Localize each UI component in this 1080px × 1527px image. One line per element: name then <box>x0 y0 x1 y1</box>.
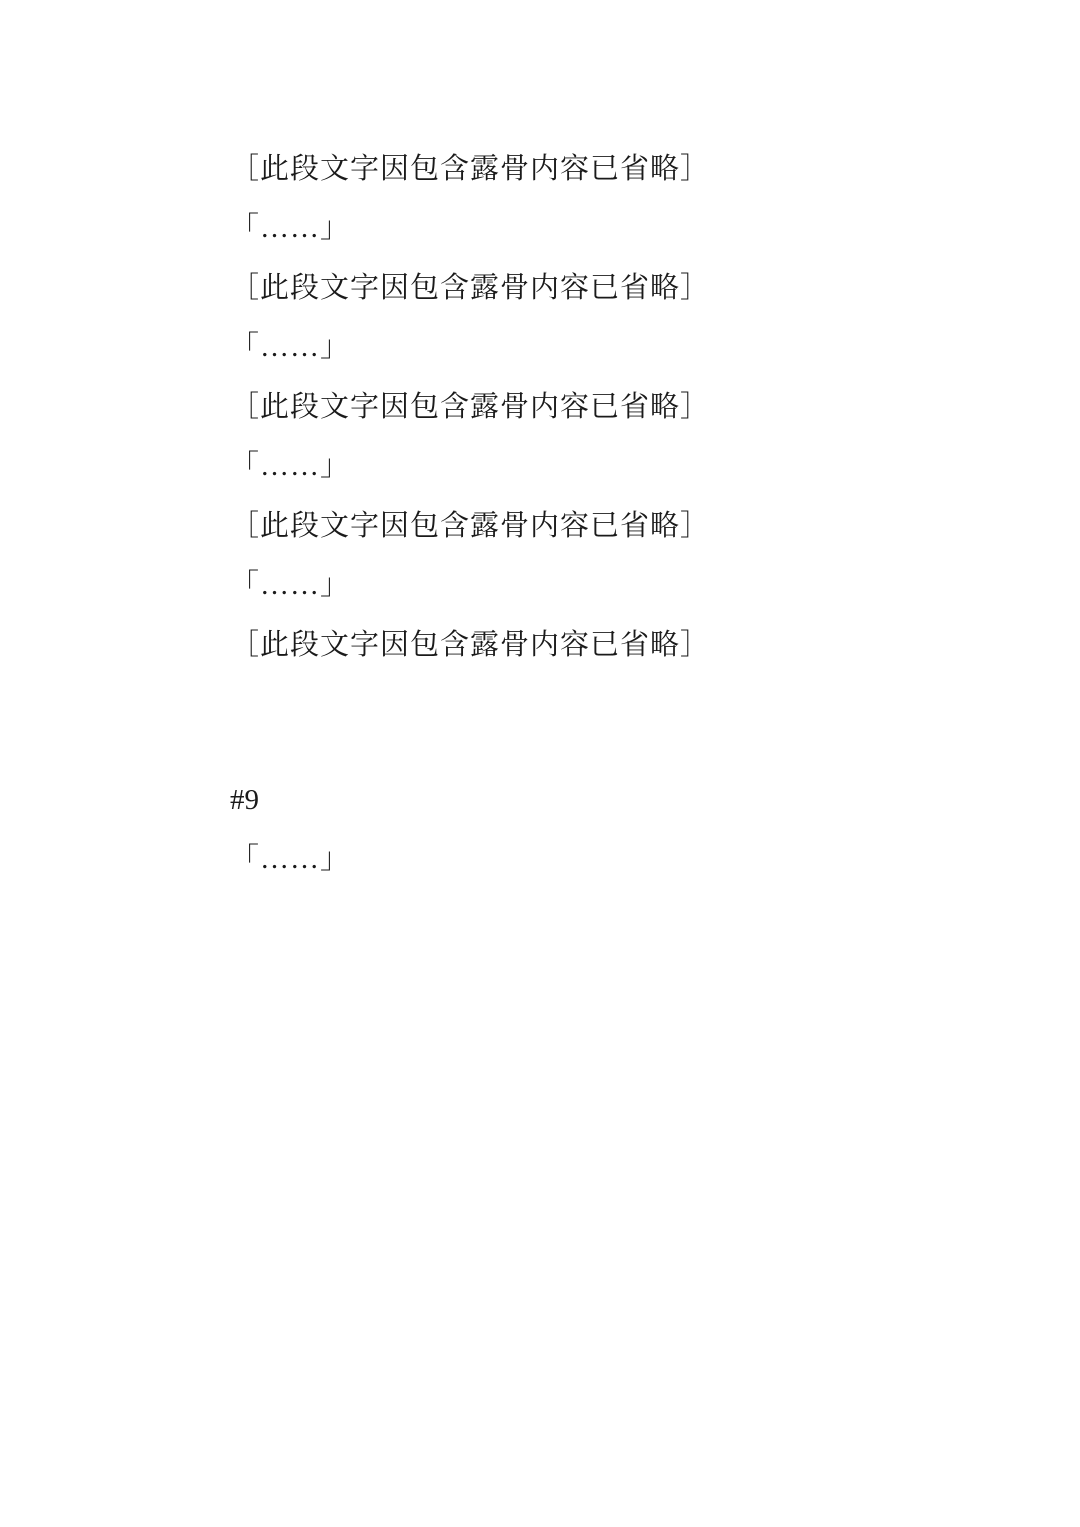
section-gap <box>172 675 930 771</box>
dialogue-line: 「……」 <box>172 830 930 889</box>
dialogue-line: 「……」 <box>172 556 930 615</box>
paragraph: ［此段文字因包含露骨内容已省略］ <box>172 259 930 318</box>
dialogue-line: 「……」 <box>172 437 930 496</box>
section-marker: #9 <box>172 771 930 830</box>
dialogue-line: 「……」 <box>172 199 930 258</box>
document-page: ［此段文字因包含露骨内容已省略］ 「……」 ［此段文字因包含露骨内容已省略］ 「… <box>0 0 1080 1527</box>
paragraph: ［此段文字因包含露骨内容已省略］ <box>172 497 930 556</box>
paragraph: ［此段文字因包含露骨内容已省略］ <box>172 140 930 199</box>
paragraph: ［此段文字因包含露骨内容已省略］ <box>172 378 930 437</box>
dialogue-line: 「……」 <box>172 318 930 377</box>
paragraph: ［此段文字因包含露骨内容已省略］ <box>172 616 930 675</box>
